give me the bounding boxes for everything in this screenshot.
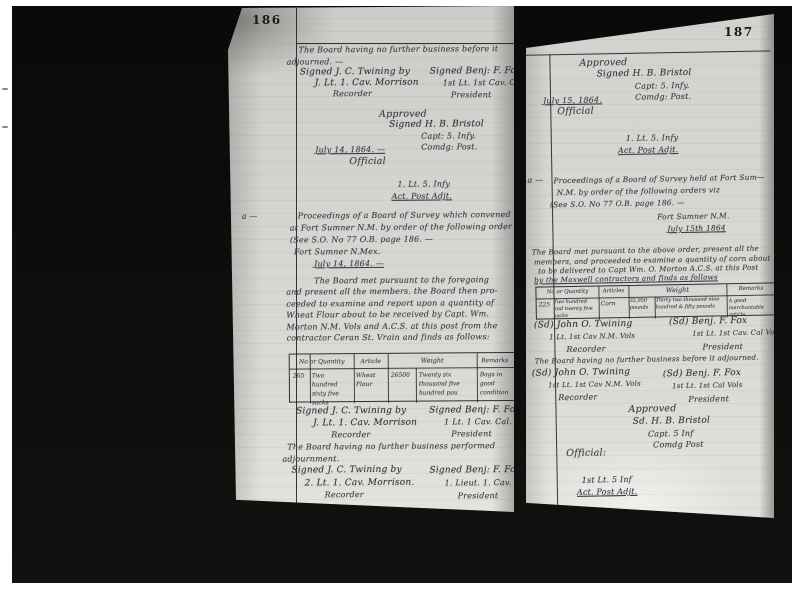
page-186-content: The Board having no further business bef… [228, 6, 514, 512]
proceedings-place: Fort Sumner N.Mex. [294, 247, 381, 257]
signature-president: (Sd) Benj. F. Fox [669, 316, 747, 327]
body-line: ceeded to examine and report upon a quan… [286, 298, 494, 308]
signature-recorder-title: Recorder [331, 430, 370, 439]
adjutant-title: Act. Post Adjt. [392, 191, 452, 200]
signature-president-title: President [688, 394, 729, 404]
approved-signature: Signed H. B. Bristol [597, 68, 692, 80]
page-187-content: Approved Signed H. B. Bristol Capt: 5. I… [526, 14, 774, 518]
proceedings-line: Proceedings of a Board of Survey which c… [298, 210, 511, 220]
signature-recorder: J. Lt. 1. Cav. Morrison [313, 418, 417, 429]
survey-table: No or Quantity Article Weight Remarks 26… [289, 352, 514, 403]
proceedings-line: N.M. by order of the following orders vi… [557, 185, 721, 197]
adjutant-rank: 1. Lt. 5. Infy [397, 179, 450, 188]
signature-recorder-title: Recorder [333, 89, 372, 98]
table-cell-quantity-words: Two hundred and twenty five sacks [554, 299, 597, 321]
closing-statement: The Board having no further business bef… [299, 44, 499, 54]
margin-annotation: a — [242, 212, 258, 221]
table-header-quantity: No or Quantity [290, 357, 354, 366]
page-186: 186 The Board having no further business… [228, 6, 514, 512]
table-header-remarks: Remarks [726, 284, 774, 293]
official-heading: Official [349, 156, 386, 167]
adjutant-title: Act. Post Adjt. [618, 145, 679, 155]
signature-recorder-title: Recorder [325, 490, 364, 499]
table-cell-weight-number: 32,950 pounds [630, 298, 654, 312]
body-line: and present all the members. the Board t… [286, 286, 497, 296]
signature-recorder: Signed J. C. Twining by [300, 67, 410, 78]
signature-recorder: Signed J. C. Twining by [291, 465, 401, 476]
table-cell-article: Wheat Flour [356, 371, 384, 389]
table-cell-number: 225 [539, 300, 553, 309]
table-cell-number: 265 [293, 371, 309, 380]
signature-president-title: President [451, 90, 492, 99]
table-cell-remarks: Bags in good condition [480, 370, 514, 397]
closing-statement: The Board having no further business per… [287, 441, 495, 451]
film-margin-mark [2, 126, 8, 128]
table-header-remarks: Remarks [478, 356, 512, 365]
signature-recorder-title: Recorder [558, 393, 597, 403]
body-line: Morton N.M. Vols and A.C.S. at this post… [286, 321, 497, 331]
microfilm-background: 186 The Board having no further business… [12, 6, 792, 583]
signature-recorder: (Sd) John O. Twining [534, 319, 633, 331]
signature-president-rank: 1 Lt. 1 Cav. Cal. [444, 417, 512, 426]
proceedings-place: Fort Sumner N.M. [657, 211, 729, 221]
body-line: Wheat Flour about to be received by Capt… [286, 309, 489, 319]
page-187: 187 Approved Signed H. B. Bristol Capt: … [526, 14, 774, 518]
film-margin-mark [2, 88, 8, 90]
table-header-weight: Weight [628, 285, 726, 296]
approved-signature: Signed H. B. Bristol [389, 119, 484, 130]
closing-statement: The Board having no further business bef… [535, 353, 759, 366]
signature-president-rank: 1st Lt. 1st Cal Vols [672, 381, 743, 390]
signature-recorder: (Sd) John O. Twining [532, 367, 631, 379]
signature-president-rank: 1st Lt. 1st Cav. Cal. [443, 78, 514, 88]
signature-president-title: President [702, 342, 743, 352]
table-cell-quantity-words: Two hundred sixty five sacks [312, 371, 352, 407]
approval-date: July 14, 1864. — [315, 145, 385, 154]
signature-president-title: President [458, 491, 499, 500]
approved-signature: Sd. H. B. Bristol [633, 416, 710, 427]
table-column-divider [416, 368, 417, 403]
signature-recorder-title: Recorder [566, 344, 605, 354]
proceedings-date: July 15th 1864 [667, 223, 726, 233]
proceedings-line: at Fort Sumner N.M. by order of the foll… [290, 222, 514, 233]
signature-recorder-rank: 1st Lt. 1st Cav N.M. Vols [548, 380, 641, 390]
signature-president-rank: 1st Lt. 1st Cav. Cal Vols [692, 328, 774, 338]
approved-post: Comdg Post [653, 440, 704, 450]
table-header-divider [290, 367, 514, 370]
table-cell-weight-number: 26500 [391, 371, 414, 380]
approved-heading: Approved [379, 109, 427, 120]
proceedings-line: Proceedings of a Board of Survey held at… [553, 173, 764, 186]
approval-date: July 15, 1864. [543, 95, 602, 105]
board-of-survey-record: { "scan": {"film_color": "#0c0c0c", "pag… [0, 0, 800, 589]
signature-recorder-rank: 1 Lt. 1st Cav N.M. Vols [549, 332, 635, 341]
official-heading: Official [557, 106, 594, 118]
adjutant-rank: 1. Lt. 5. Infy [626, 133, 679, 143]
table-cell-article: Corn [601, 299, 627, 308]
table-header-weight: Weight [388, 356, 477, 366]
approved-rank: Capt: 5. Infy. [421, 131, 476, 140]
proceedings-line: (See S.O. No 77 O.B. page 186. — [290, 235, 433, 245]
approved-post: Comdg: Post. [421, 142, 477, 151]
signature-president: Signed Benj: F. Fox [429, 405, 514, 416]
signature-recorder: Signed J. C. Twining by [296, 406, 406, 417]
adjutant-title: Act. Post Adjt. [577, 487, 638, 497]
official-heading: Official: [566, 447, 606, 459]
adjutant-rank: 1st Lt. 5 Inf [582, 475, 632, 485]
approved-rank: Capt. 5 Inf [648, 429, 694, 439]
signature-president-title: President [451, 429, 492, 438]
margin-annotation: a — [527, 175, 543, 184]
signature-president-rank: 1. Lieut. 1. Cav. Cal. [445, 478, 514, 488]
signature-recorder: 2. Lt. 1. Cav. Morrison. [305, 478, 415, 489]
signature-recorder: J. Lt. 1. Cav. Morrison [315, 78, 419, 89]
table-cell-weight-words: Twenty six thousand five hundred pou [419, 370, 475, 397]
body-line: The Board met pursuant to the foregoing [314, 275, 489, 285]
approved-heading: Approved [628, 403, 676, 415]
proceedings-date: July 14, 1864. — [314, 259, 384, 268]
signature-president: (Sd) Benj. F. Fox [663, 368, 741, 379]
approved-rank: Capt: 5. Infy. [635, 81, 690, 91]
table-header-article: Article [354, 357, 388, 366]
closing-statement: adjourned. — [287, 57, 344, 66]
table-header-quantity: No or Quantity [536, 287, 598, 296]
table-header-article: Articles [598, 287, 628, 296]
body-line: contractor Ceran St. Vrain and finds as … [287, 332, 490, 342]
proceedings-line: (See S.O. No 77 O.B. page 186. — [550, 198, 685, 209]
closing-statement: adjournment. [282, 454, 339, 463]
approved-heading: Approved [579, 57, 627, 69]
approved-post: Comdg: Post. [635, 92, 691, 102]
body-line: by the Maxwell contractors and finds as … [534, 272, 718, 284]
survey-table: No or Quantity Articles Weight Remarks 2… [535, 282, 774, 319]
table-cell-weight-words: Thirty two thousand nine hundred & fifty… [656, 296, 725, 311]
ruled-line-horizontal [526, 50, 770, 56]
signature-president: Signed Benj: F. Fox [429, 465, 514, 476]
signature-president: Signed Benj: F. Fox [430, 66, 514, 77]
